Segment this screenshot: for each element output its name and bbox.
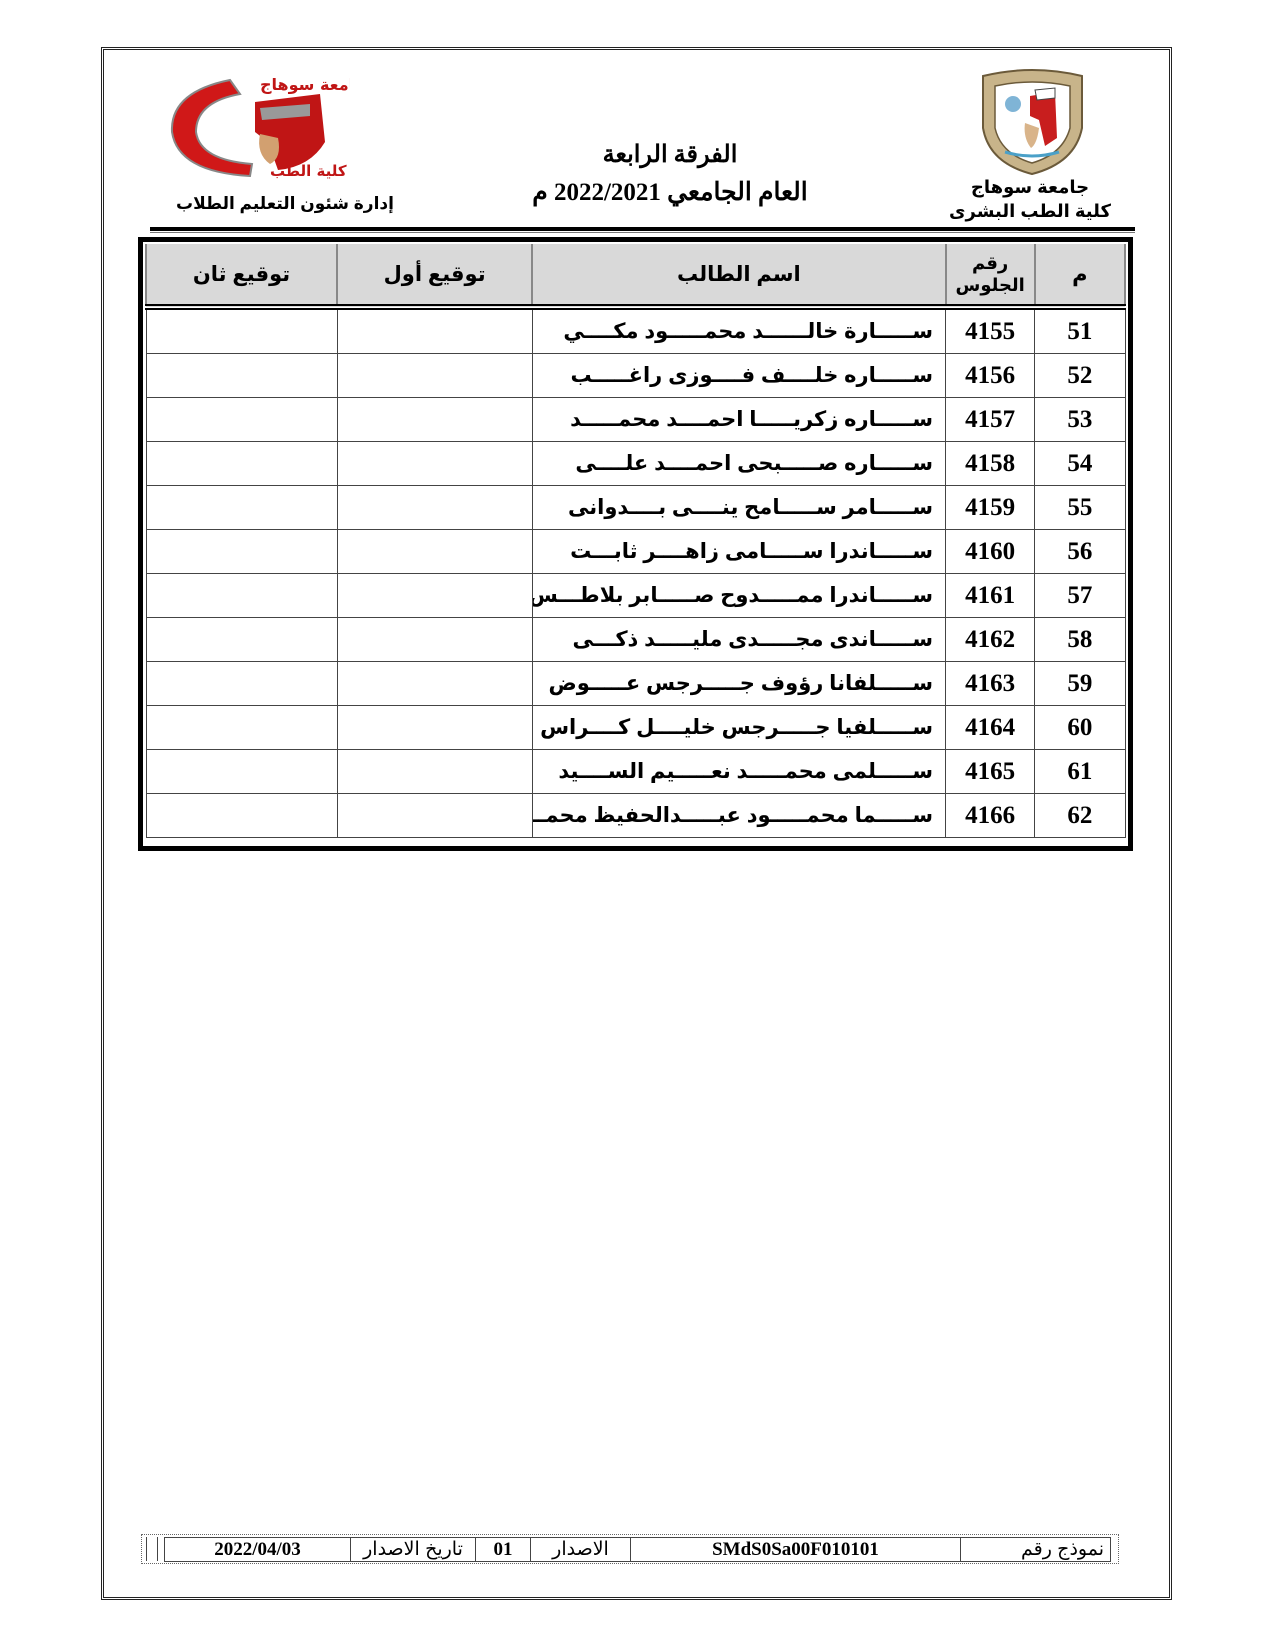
row-sign1[interactable] [337, 398, 532, 442]
table-row: 574161ســـــاندرا ممـــــدوح صـــــابر ب… [146, 574, 1125, 618]
col-first-signature: توقيع أول [337, 244, 532, 307]
table-row: 614165ســـــلمى محمـــــد نعـــــيم السـ… [146, 750, 1125, 794]
row-sign1[interactable] [337, 530, 532, 574]
row-sign1[interactable] [337, 662, 532, 706]
row-sign1[interactable] [337, 706, 532, 750]
row-sign2[interactable] [146, 662, 337, 706]
row-sign2[interactable] [146, 574, 337, 618]
row-index: 62 [1035, 794, 1125, 838]
issue-date-label: تاريخ الاصدار [351, 1538, 476, 1562]
row-sign2[interactable] [146, 706, 337, 750]
row-sign2[interactable] [146, 618, 337, 662]
table-row: 624166ســـــما محمـــــود عبـــــدالحفيظ… [146, 794, 1125, 838]
row-seat: 4159 [946, 486, 1035, 530]
row-sign1[interactable] [337, 442, 532, 486]
row-name: ســـــلفانا رؤوف جـــــرجس عـــــوض [532, 662, 945, 706]
col-student-name: اسم الطالب [532, 244, 945, 307]
row-seat: 4163 [946, 662, 1035, 706]
svg-text:كلية الطب: كلية الطب [270, 162, 347, 180]
table-row: 594163ســـــلفانا رؤوف جـــــرجس عـــــو… [146, 662, 1125, 706]
table-row: 514155ســـــارة خالــــــد محمـــــود مك… [146, 307, 1125, 354]
row-name: ســـــاره صـــــبحى احمــــد علــــى [532, 442, 945, 486]
svg-text:جامعة سوهاج: جامعة سوهاج [260, 75, 350, 94]
table-row: 564160ســـــاندرا ســـــامى زاهــــر ثاب… [146, 530, 1125, 574]
row-sign1[interactable] [337, 794, 532, 838]
table-row: 524156ســـــاره خلــــف فــــوزى راغــــ… [146, 354, 1125, 398]
row-name: ســـــاره زكريـــــا احمــــد محمـــــد [532, 398, 945, 442]
row-sign1[interactable] [337, 354, 532, 398]
row-index: 54 [1035, 442, 1125, 486]
table-row: 554159ســـــامر ســـــامح ينــــى بــــد… [146, 486, 1125, 530]
row-name: ســـــاندى مجـــــدى مليـــــد ذكـــى [532, 618, 945, 662]
table-row: 584162ســـــاندى مجـــــدى مليـــــد ذكـ… [146, 618, 1125, 662]
table-row: 544158ســـــاره صـــــبحى احمــــد علـــ… [146, 442, 1125, 486]
row-sign2[interactable] [146, 750, 337, 794]
student-roster-table: م رقم الجلوس اسم الطالب توقيع أول توقيع … [138, 237, 1133, 851]
row-index: 60 [1035, 706, 1125, 750]
row-seat: 4166 [946, 794, 1035, 838]
col-seat-number: رقم الجلوس [946, 244, 1035, 307]
footer-stub [146, 1537, 158, 1561]
form-number-label: نموذج رقم [961, 1538, 1111, 1562]
header-divider [150, 227, 1135, 231]
row-name: ســـــاندرا ســـــامى زاهــــر ثابـــت [532, 530, 945, 574]
row-name: ســـــلمى محمـــــد نعـــــيم الســــيد [532, 750, 945, 794]
row-sign2[interactable] [146, 530, 337, 574]
row-sign2[interactable] [146, 794, 337, 838]
table-header-row: م رقم الجلوس اسم الطالب توقيع أول توقيع … [146, 244, 1125, 307]
sohag-university-crest-icon [975, 68, 1090, 176]
row-name: ســـــما محمـــــود عبـــــدالحفيظ محمــ… [532, 794, 945, 838]
university-name-block: جامعة سوهاج كلية الطب البشرى [940, 175, 1120, 223]
col-index: م [1035, 244, 1125, 307]
row-seat: 4165 [946, 750, 1035, 794]
department-name: إدارة شئون التعليم الطلاب [170, 194, 400, 214]
row-seat: 4162 [946, 618, 1035, 662]
row-index: 52 [1035, 354, 1125, 398]
form-footer: نموذج رقم SMdS0Sa00F010101 الاصدار 01 تا… [141, 1534, 1119, 1564]
row-name: ســـــارة خالــــــد محمـــــود مكــــي [532, 307, 945, 354]
faculty-of-medicine-logo-icon: جامعة سوهاج كلية الطب [160, 72, 350, 182]
faculty-name: كلية الطب البشرى [940, 199, 1120, 223]
row-index: 55 [1035, 486, 1125, 530]
row-sign2[interactable] [146, 442, 337, 486]
row-name: ســـــامر ســـــامح ينــــى بــــدوانى [532, 486, 945, 530]
row-index: 56 [1035, 530, 1125, 574]
issue-label: الاصدار [531, 1538, 631, 1562]
table-row: 534157ســـــاره زكريـــــا احمــــد محمـ… [146, 398, 1125, 442]
row-sign1[interactable] [337, 750, 532, 794]
row-seat: 4156 [946, 354, 1035, 398]
row-seat: 4157 [946, 398, 1035, 442]
university-name: جامعة سوهاج [940, 175, 1120, 199]
row-sign1[interactable] [337, 574, 532, 618]
row-index: 57 [1035, 574, 1125, 618]
row-index: 58 [1035, 618, 1125, 662]
row-sign2[interactable] [146, 398, 337, 442]
row-name: ســـــاره خلــــف فــــوزى راغـــــب [532, 354, 945, 398]
row-seat: 4155 [946, 307, 1035, 354]
row-sign1[interactable] [337, 307, 532, 354]
row-seat: 4160 [946, 530, 1035, 574]
row-name: ســـــلفيا جـــــرجس خليــــل كــــراس [532, 706, 945, 750]
academic-year-title: العام الجامعي 2022/2021 م [480, 177, 860, 207]
level-title: الفرقة الرابعة [480, 140, 860, 169]
row-index: 53 [1035, 398, 1125, 442]
row-sign2[interactable] [146, 307, 337, 354]
row-sign1[interactable] [337, 618, 532, 662]
col-seat-label-2: الجلوس [947, 274, 1034, 296]
table-row: 604164ســـــلفيا جـــــرجس خليــــل كـــ… [146, 706, 1125, 750]
row-seat: 4161 [946, 574, 1035, 618]
row-seat: 4164 [946, 706, 1035, 750]
issue-value: 01 [476, 1538, 531, 1562]
form-number-value: SMdS0Sa00F010101 [631, 1538, 961, 1562]
header-divider-thin [150, 232, 1135, 233]
row-index: 59 [1035, 662, 1125, 706]
row-sign2[interactable] [146, 354, 337, 398]
row-sign1[interactable] [337, 486, 532, 530]
col-seat-label-1: رقم [947, 252, 1034, 274]
row-seat: 4158 [946, 442, 1035, 486]
issue-date-value: 2022/04/03 [165, 1538, 351, 1562]
col-second-signature: توقيع ثان [146, 244, 337, 307]
row-index: 51 [1035, 307, 1125, 354]
row-name: ســـــاندرا ممـــــدوح صـــــابر بلاطـــ… [532, 574, 945, 618]
row-sign2[interactable] [146, 486, 337, 530]
row-index: 61 [1035, 750, 1125, 794]
